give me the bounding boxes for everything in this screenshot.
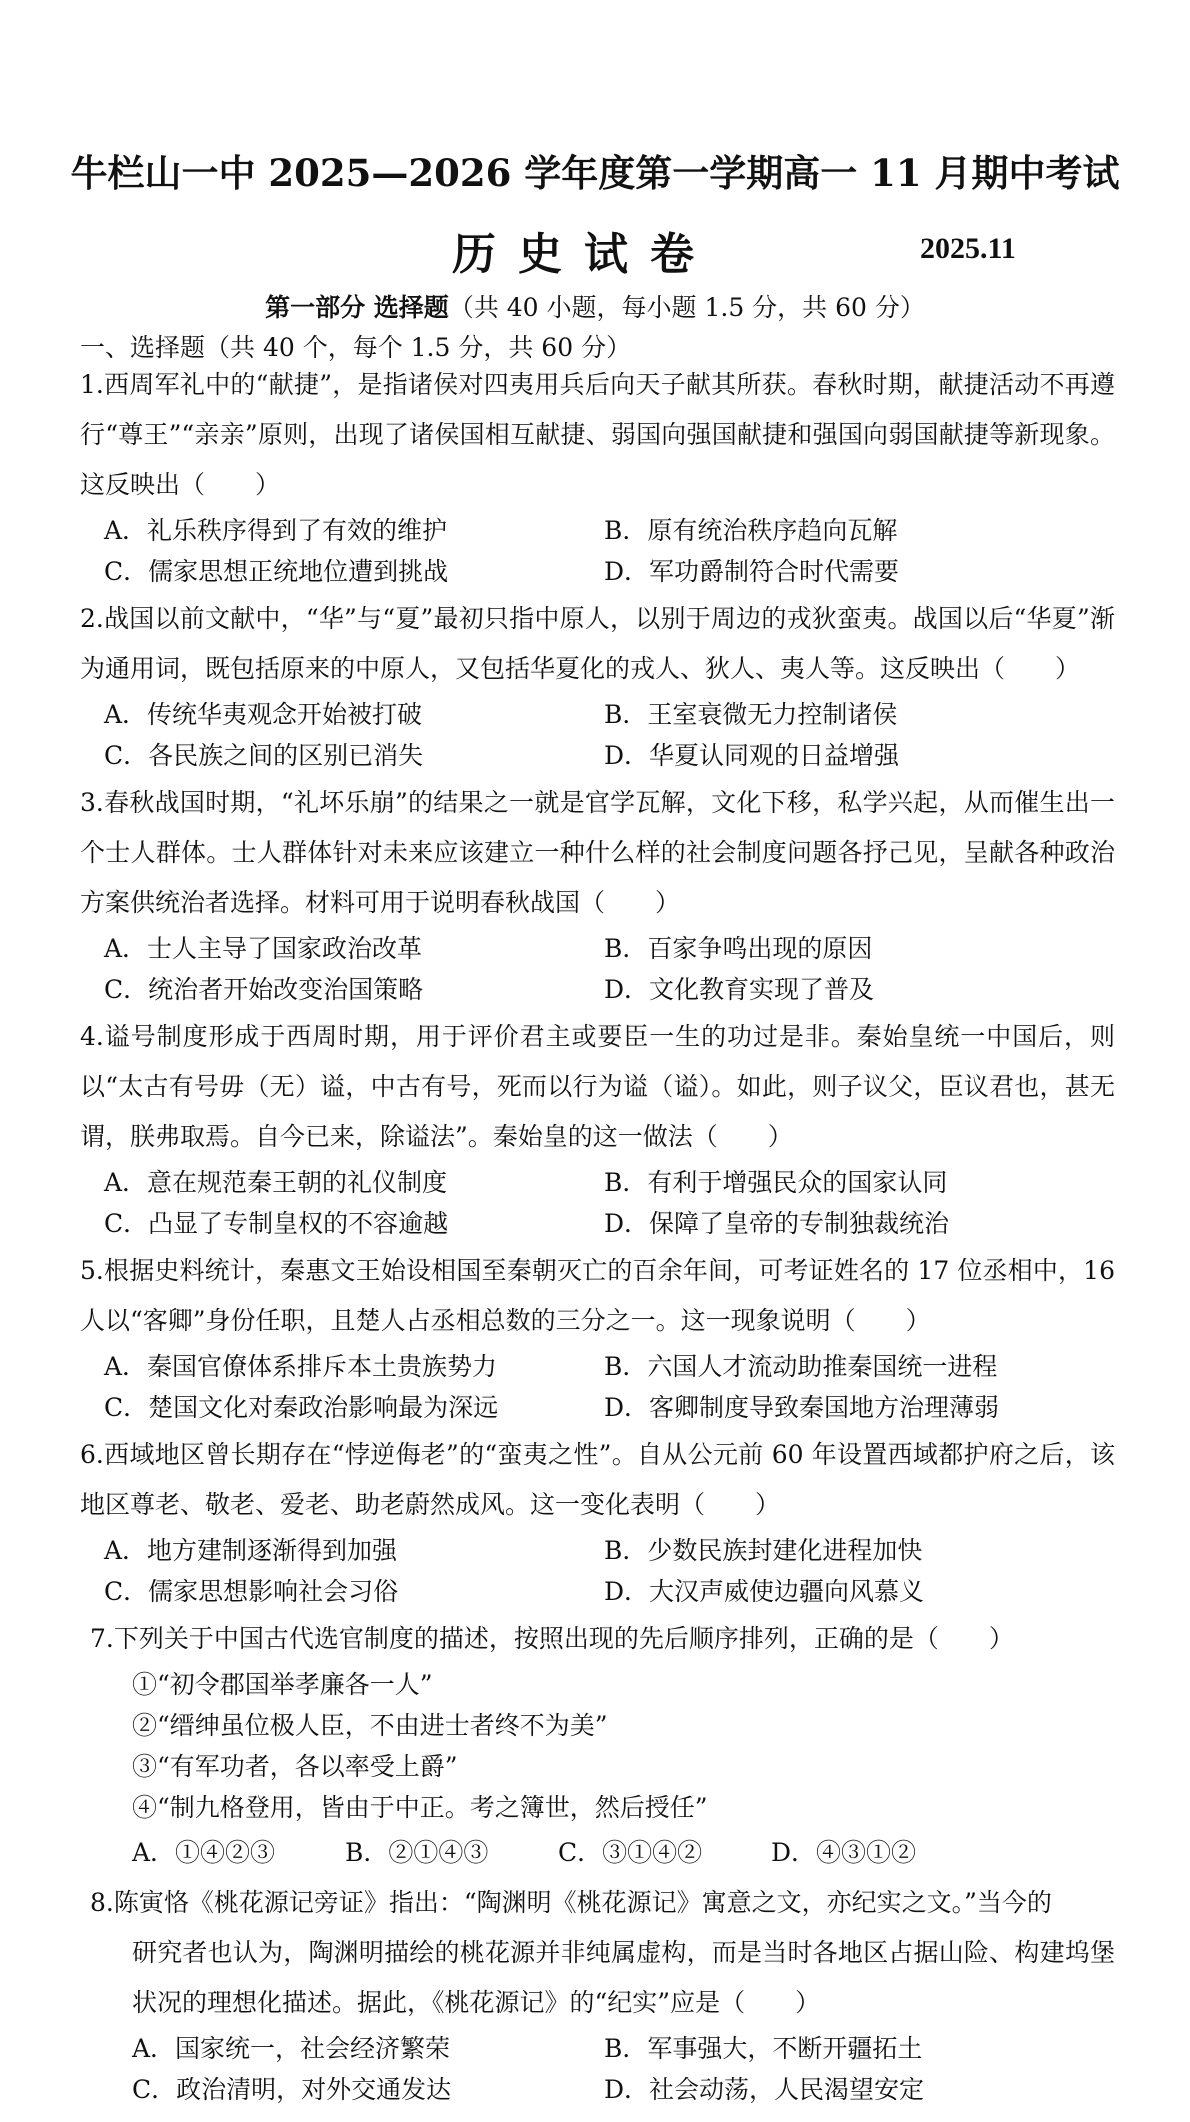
option-d[interactable]: D．社会动荡，人民渴望安定 [604, 2069, 1076, 2110]
option-b[interactable]: B．有利于增强民众的国家认同 [604, 1162, 1104, 1203]
option-c[interactable]: C．楚国文化对秦政治影响最为深远 [104, 1387, 604, 1428]
question-number: 7. [90, 1624, 114, 1653]
option-b[interactable]: B．军事强大，不断开疆拓土 [604, 2028, 1076, 2069]
question-number: 3. [80, 788, 104, 817]
option-b[interactable]: B．王室衰微无力控制诸侯 [604, 694, 1104, 735]
option-b[interactable]: B．少数民族封建化进程加快 [604, 1530, 1104, 1571]
statement-list: ①“初令郡国举孝廉各一人” ②“缙绅虽位极人臣，不由进士者终不为美” ③“有军功… [80, 1664, 1115, 1828]
option-c[interactable]: C．③①④② [558, 1828, 771, 1878]
options: A．士人主导了国家政治改革 B．百家争鸣出现的原因 C．统治者开始改变治国策略 … [80, 928, 1115, 1010]
school-exam-title: 牛栏山一中 2025—2026 学年度第一学期高一 11 月期中考试 [0, 143, 1190, 197]
options: A．礼乐秩序得到了有效的维护 B．原有统治秩序趋向瓦解 C．儒家思想正统地位遭到… [80, 510, 1115, 592]
option-c[interactable]: C．凸显了专制皇权的不容逾越 [104, 1203, 604, 1244]
question-stem-first-line: 陈寅恪《桃花源记旁证》指出：“陶渊明《桃花源记》寓意之文，亦纪实之文。”当今的 [114, 1888, 1052, 1917]
exam-date: 2025.11 [920, 232, 1016, 266]
question-1: 1.西周军礼中的“献捷”，是指诸侯对四夷用兵后向天子献其所获。春秋时期，献捷活动… [80, 360, 1115, 592]
question-7: 7.下列关于中国古代选官制度的描述，按照出现的先后顺序排列，正确的是（ ） ①“… [80, 1614, 1115, 1878]
question-number: 1. [80, 370, 104, 399]
option-c[interactable]: C．各民族之间的区别已消失 [104, 735, 604, 776]
option-d[interactable]: D．保障了皇帝的专制独裁统治 [604, 1203, 1104, 1244]
options: A．地方建制逐渐得到加强 B．少数民族封建化进程加快 C．儒家思想影响社会习俗 … [80, 1530, 1115, 1612]
question-stem: 西周军礼中的“献捷”，是指诸侯对四夷用兵后向天子献其所获。春秋时期，献捷活动不再… [80, 370, 1115, 499]
option-c[interactable]: C．政治清明，对外交通发达 [132, 2069, 604, 2110]
option-a[interactable]: A．①④②③ [132, 1828, 345, 1878]
question-stem: 战国以前文献中，“华”与“夏”最初只指中原人，以别于周边的戎狄蛮夷。战国以后“华… [80, 604, 1115, 683]
statement-3: ③“有军功者，各以率受上爵” [132, 1746, 1115, 1787]
option-a[interactable]: A．礼乐秩序得到了有效的维护 [104, 510, 604, 551]
option-b[interactable]: B．②①④③ [345, 1828, 558, 1878]
question-2: 2.战国以前文献中，“华”与“夏”最初只指中原人，以别于周边的戎狄蛮夷。战国以后… [80, 594, 1115, 776]
question-stem: 春秋战国时期，“礼坏乐崩”的结果之一就是官学瓦解，文化下移，私学兴起，从而催生出… [80, 788, 1115, 917]
options: A．传统华夷观念开始被打破 B．王室衰微无力控制诸侯 C．各民族之间的区别已消失… [80, 694, 1115, 776]
option-b[interactable]: B．原有统治秩序趋向瓦解 [604, 510, 1104, 551]
option-d[interactable]: D．大汉声威使边疆向风慕义 [604, 1571, 1104, 1612]
statement-1: ①“初令郡国举孝廉各一人” [132, 1664, 1115, 1705]
option-b[interactable]: B．六国人才流动助推秦国统一进程 [604, 1346, 1104, 1387]
option-a[interactable]: A．国家统一，社会经济繁荣 [132, 2028, 604, 2069]
question-list: 1.西周军礼中的“献捷”，是指诸侯对四夷用兵后向天子献其所获。春秋时期，献捷活动… [80, 360, 1115, 2112]
question-stem: 根据史料统计，秦惠文王始设相国至秦朝灭亡的百余年间，可考证姓名的 17 位丞相中… [80, 1256, 1115, 1335]
question-8: 8.陈寅恪《桃花源记旁证》指出：“陶渊明《桃花源记》寓意之文，亦纪实之文。”当今… [80, 1878, 1115, 2110]
option-b[interactable]: B．百家争鸣出现的原因 [604, 928, 1104, 969]
option-a[interactable]: A．传统华夷观念开始被打破 [104, 694, 604, 735]
question-number: 4. [80, 1022, 104, 1051]
question-number: 2. [80, 604, 104, 633]
question-6: 6.西域地区曾长期存在“悖逆侮老”的“蛮夷之性”。自从公元前 60 年设置西域都… [80, 1430, 1115, 1612]
option-d[interactable]: D．军功爵制符合时代需要 [604, 551, 1104, 592]
part-heading-label: 第一部分 选择题 [265, 293, 449, 322]
option-c[interactable]: C．儒家思想影响社会习俗 [104, 1571, 604, 1612]
subject-row: 历史试卷 2025.11 [0, 218, 1190, 278]
statement-2: ②“缙绅虽位极人臣，不由进士者终不为美” [132, 1705, 1115, 1746]
subject-title: 历史试卷 [452, 218, 716, 282]
option-c[interactable]: C．统治者开始改变治国策略 [104, 969, 604, 1010]
options: A．①④②③ B．②①④③ C．③①④② D．④③①② [80, 1828, 1115, 1878]
section-heading: 一、选择题（共 40 个，每个 1.5 分，共 60 分） [80, 328, 631, 364]
question-5: 5.根据史料统计，秦惠文王始设相国至秦朝灭亡的百余年间，可考证姓名的 17 位丞… [80, 1246, 1115, 1428]
option-a[interactable]: A．意在规范秦王朝的礼仪制度 [104, 1162, 604, 1203]
options: A．国家统一，社会经济繁荣 B．军事强大，不断开疆拓土 C．政治清明，对外交通发… [80, 2028, 1115, 2110]
option-c[interactable]: C．儒家思想正统地位遭到挑战 [104, 551, 604, 592]
options: A．意在规范秦王朝的礼仪制度 B．有利于增强民众的国家认同 C．凸显了专制皇权的… [80, 1162, 1115, 1244]
question-stem: 西域地区曾长期存在“悖逆侮老”的“蛮夷之性”。自从公元前 60 年设置西域都护府… [80, 1440, 1115, 1519]
option-d[interactable]: D．④③①② [771, 1828, 984, 1878]
options: A．秦国官僚体系排斥本土贵族势力 B．六国人才流动助推秦国统一进程 C．楚国文化… [80, 1346, 1115, 1428]
question-number: 6. [80, 1440, 104, 1469]
option-d[interactable]: D．客卿制度导致秦国地方治理薄弱 [604, 1387, 1104, 1428]
part-heading: 第一部分 选择题（共 40 小题，每小题 1.5 分，共 60 分） [0, 288, 1190, 324]
part-heading-detail: （共 40 小题，每小题 1.5 分，共 60 分） [449, 293, 925, 322]
option-a[interactable]: A．秦国官僚体系排斥本土贵族势力 [104, 1346, 604, 1387]
option-d[interactable]: D．文化教育实现了普及 [604, 969, 1104, 1010]
question-3: 3.春秋战国时期，“礼坏乐崩”的结果之一就是官学瓦解，文化下移，私学兴起，从而催… [80, 778, 1115, 1010]
question-number: 8. [90, 1888, 114, 1917]
question-stem: 谥号制度形成于西周时期，用于评价君主或要臣一生的功过是非。秦始皇统一中国后，则以… [80, 1022, 1115, 1151]
option-a[interactable]: A．地方建制逐渐得到加强 [104, 1530, 604, 1571]
question-stem: 下列关于中国古代选官制度的描述，按照出现的先后顺序排列，正确的是（ ） [114, 1624, 1014, 1653]
question-stem-continued: 研究者也认为，陶渊明描绘的桃花源并非纯属虚构，而是当时各地区占据山险、构建坞堡状… [80, 1928, 1115, 2028]
question-number: 5. [80, 1256, 104, 1285]
exam-page: 牛栏山一中 2025—2026 学年度第一学期高一 11 月期中考试 历史试卷 … [0, 0, 1190, 2122]
statement-4: ④“制九格登用，皆由于中正。考之簿世，然后授任” [132, 1787, 1115, 1828]
option-d[interactable]: D．华夏认同观的日益增强 [604, 735, 1104, 776]
question-4: 4.谥号制度形成于西周时期，用于评价君主或要臣一生的功过是非。秦始皇统一中国后，… [80, 1012, 1115, 1244]
option-a[interactable]: A．士人主导了国家政治改革 [104, 928, 604, 969]
